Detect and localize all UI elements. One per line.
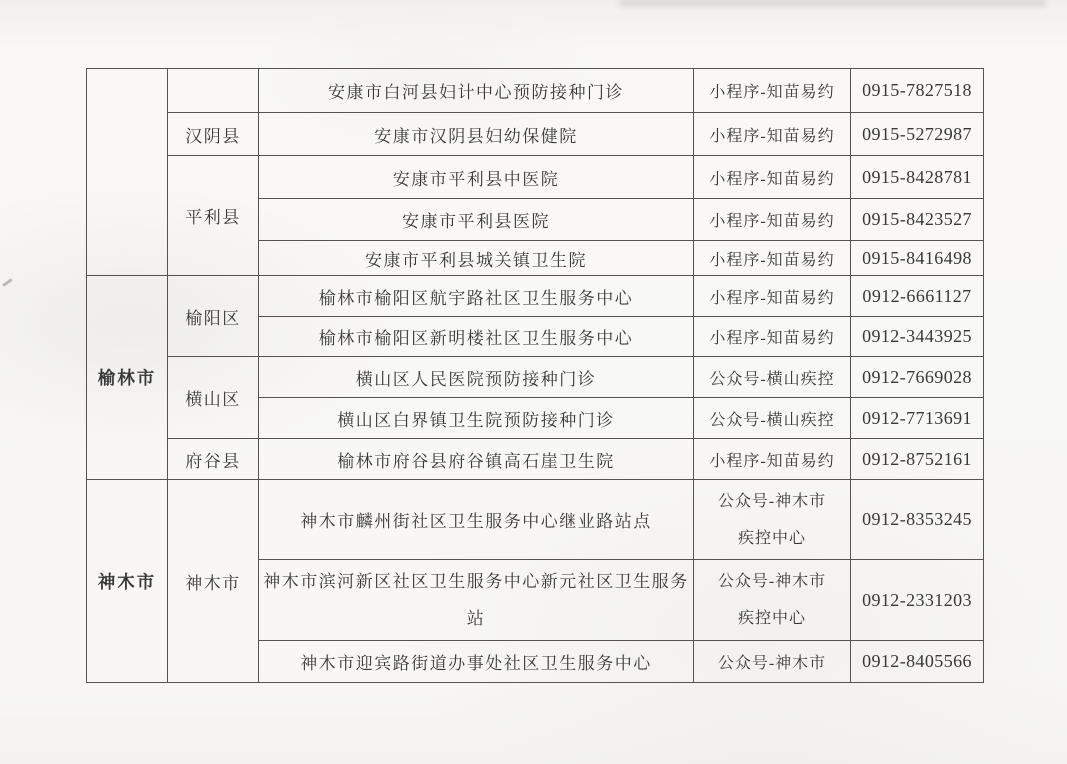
platform-cell: 公众号-神木市 疾控中心 <box>694 560 851 641</box>
clinic-cell: 榆林市府谷县府谷镇高石崖卫生院 <box>259 439 694 480</box>
platform-cell: 小程序-知苗易约 <box>694 156 851 199</box>
table-row: 平利县 安康市平利县中医院 小程序-知苗易约 0915-8428781 <box>87 156 984 199</box>
clinic-cell: 横山区白界镇卫生院预防接种门诊 <box>259 398 694 439</box>
phone-cell: 0912-8752161 <box>851 439 984 480</box>
clinic-cell: 神木市迎宾路街道办事处社区卫生服务中心 <box>259 641 694 683</box>
phone-cell: 0912-7669028 <box>851 357 984 398</box>
table-row: 神木市 神木市 神木市麟州街社区卫生服务中心继业路站点 公众号-神木市 疾控中心… <box>87 480 984 560</box>
clinic-cell: 神木市滨河新区社区卫生服务中心新元社区卫生服务 站 <box>259 560 694 641</box>
clinic-cell: 安康市平利县中医院 <box>259 156 694 199</box>
phone-cell: 0912-2331203 <box>851 560 984 641</box>
phone-cell: 0915-8423527 <box>851 199 984 241</box>
platform-cell: 公众号-神木市 <box>694 641 851 683</box>
platform-cell: 小程序-知苗易约 <box>694 439 851 480</box>
phone-cell: 0912-6661127 <box>851 276 984 317</box>
clinic-cell: 安康市平利县城关镇卫生院 <box>259 241 694 276</box>
district-cell: 平利县 <box>168 156 259 276</box>
phone-cell: 0912-7713691 <box>851 398 984 439</box>
phone-cell: 0915-8416498 <box>851 241 984 276</box>
platform-cell: 公众号-横山疾控 <box>694 357 851 398</box>
scan-artifact <box>2 278 13 287</box>
phone-cell: 0915-8428781 <box>851 156 984 199</box>
table-row: 榆林市 榆阳区 榆林市榆阳区航宇路社区卫生服务中心 小程序-知苗易约 0912-… <box>87 276 984 317</box>
clinic-cell: 榆林市榆阳区新明楼社区卫生服务中心 <box>259 317 694 357</box>
phone-cell: 0915-7827518 <box>851 69 984 113</box>
platform-cell: 小程序-知苗易约 <box>694 317 851 357</box>
platform-cell: 小程序-知苗易约 <box>694 113 851 156</box>
district-cell <box>168 69 259 113</box>
district-cell: 汉阴县 <box>168 113 259 156</box>
table-row: 安康市白河县妇计中心预防接种门诊 小程序-知苗易约 0915-7827518 <box>87 69 984 113</box>
platform-cell: 公众号-横山疾控 <box>694 398 851 439</box>
clinic-cell: 安康市白河县妇计中心预防接种门诊 <box>259 69 694 113</box>
city-cell <box>87 69 168 276</box>
city-cell: 榆林市 <box>87 276 168 480</box>
table-row: 府谷县 榆林市府谷县府谷镇高石崖卫生院 小程序-知苗易约 0912-875216… <box>87 439 984 480</box>
clinic-cell: 安康市汉阴县妇幼保健院 <box>259 113 694 156</box>
scan-edge-smudge <box>619 0 1046 6</box>
city-cell: 神木市 <box>87 480 168 683</box>
phone-cell: 0912-8405566 <box>851 641 984 683</box>
vaccination-clinic-table: 安康市白河县妇计中心预防接种门诊 小程序-知苗易约 0915-7827518 汉… <box>86 68 984 683</box>
platform-cell: 公众号-神木市 疾控中心 <box>694 480 851 560</box>
platform-cell: 小程序-知苗易约 <box>694 241 851 276</box>
district-cell: 神木市 <box>168 480 259 683</box>
phone-cell: 0915-5272987 <box>851 113 984 156</box>
clinic-cell: 神木市麟州街社区卫生服务中心继业路站点 <box>259 480 694 560</box>
platform-cell: 小程序-知苗易约 <box>694 199 851 241</box>
scanned-page: 安康市白河县妇计中心预防接种门诊 小程序-知苗易约 0915-7827518 汉… <box>0 0 1067 764</box>
phone-cell: 0912-3443925 <box>851 317 984 357</box>
phone-cell: 0912-8353245 <box>851 480 984 560</box>
platform-cell: 小程序-知苗易约 <box>694 276 851 317</box>
table-row: 汉阴县 安康市汉阴县妇幼保健院 小程序-知苗易约 0915-5272987 <box>87 113 984 156</box>
platform-cell: 小程序-知苗易约 <box>694 69 851 113</box>
clinic-cell: 安康市平利县医院 <box>259 199 694 241</box>
clinic-cell: 榆林市榆阳区航宇路社区卫生服务中心 <box>259 276 694 317</box>
district-cell: 榆阳区 <box>168 276 259 357</box>
clinic-cell: 横山区人民医院预防接种门诊 <box>259 357 694 398</box>
district-cell: 横山区 <box>168 357 259 439</box>
table-row: 横山区 横山区人民医院预防接种门诊 公众号-横山疾控 0912-7669028 <box>87 357 984 398</box>
district-cell: 府谷县 <box>168 439 259 480</box>
